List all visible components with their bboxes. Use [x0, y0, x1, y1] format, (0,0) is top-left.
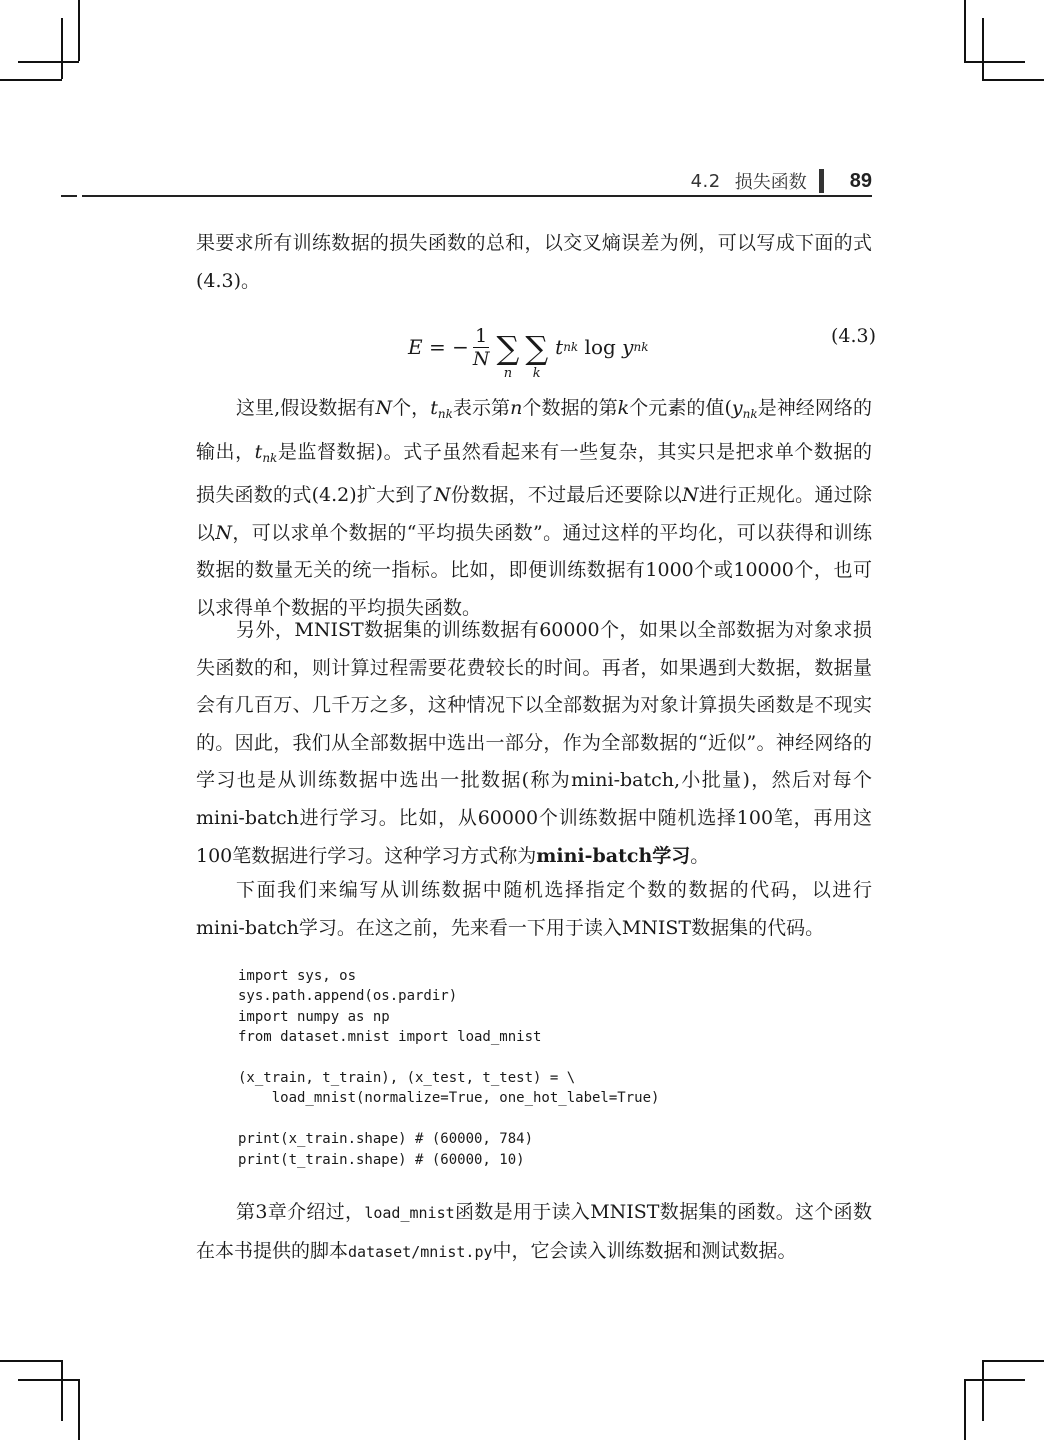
paragraph-code-intro: 下面我们来编写从训练数据中随机选择指定个数的数据的代码，以进行mini-batc…: [196, 872, 872, 947]
crop-mark-top-left-h2: [0, 79, 62, 81]
math-n: n: [510, 397, 522, 419]
eq-sum-n-limit: n: [504, 367, 512, 381]
eq-sum-n: ∑ n: [496, 331, 519, 381]
math-subscript-nk: nk: [262, 451, 277, 465]
text-run: 。: [690, 845, 709, 867]
crop-mark-top-left-v1: [78, 0, 80, 61]
text-run: 中，它会读入训练数据和测试数据。: [493, 1240, 797, 1262]
header-rule-stub: [61, 195, 77, 197]
text-run: 表示第: [453, 397, 510, 419]
section-number: 4.2: [691, 171, 721, 192]
paragraph-text: 另外，MNIST数据集的训练数据有60000个，如果以全部数据为对象求损失函数的…: [196, 612, 872, 875]
paragraph-text: 下面我们来编写从训练数据中随机选择指定个数的数据的代码，以进行mini-batc…: [196, 872, 872, 947]
crop-mark-top-right-v2: [982, 18, 984, 79]
math-N: N: [682, 484, 699, 506]
math-N: N: [434, 484, 451, 506]
crop-mark-bottom-left-v1: [61, 1360, 63, 1421]
crop-mark-bottom-left-v2: [78, 1379, 80, 1440]
crop-mark-bottom-left-h1: [0, 1360, 62, 1362]
text-run: 这里,假设数据有: [236, 397, 375, 419]
crop-mark-bottom-right-v1: [982, 1360, 984, 1421]
math-k: k: [618, 397, 630, 419]
math-N: N: [215, 522, 232, 544]
equation-body: E = − 1 N ∑ n ∑ k tnk log ynk: [408, 313, 648, 381]
text-run: 个，: [392, 397, 430, 419]
math-subscript-nk: nk: [743, 407, 758, 421]
paragraph-text: 第3章介绍过，load_mnist函数是用于读入MNIST数据集的函数。这个函数…: [196, 1194, 872, 1271]
text-run: ，可以求单个数据的“平均损失函数”。通过这样的平均化，可以获得和训练数据的数量无…: [196, 522, 872, 619]
crop-mark-top-right-h2: [982, 79, 1044, 81]
crop-mark-bottom-left-h2: [18, 1379, 79, 1381]
math-subscript-nk: nk: [438, 407, 453, 421]
text-run: 另外，MNIST数据集的训练数据有60000个，如果以全部数据为对象求损失函数的…: [196, 619, 872, 867]
math-N: N: [375, 397, 392, 419]
math-t: t: [430, 397, 438, 419]
eq-sum-k: ∑ k: [525, 331, 548, 381]
text-run: 份数据，不过最后还要除以: [451, 484, 682, 506]
crop-mark-top-right-v1: [964, 0, 966, 61]
paragraph-mini-batch: 另外，MNIST数据集的训练数据有60000个，如果以全部数据为对象求损失函数的…: [196, 612, 872, 875]
eq-t: t: [555, 335, 563, 359]
math-y: y: [732, 397, 743, 419]
crop-mark-bottom-right-v2: [964, 1379, 966, 1440]
inline-code-load-mnist: load_mnist: [364, 1204, 454, 1222]
eq-y: y: [622, 335, 633, 359]
crop-mark-bottom-right-h1: [982, 1360, 1044, 1362]
eq-sum-k-limit: k: [533, 367, 541, 381]
eq-fraction: 1 N: [473, 325, 490, 370]
text-run: 个数据的第: [522, 397, 617, 419]
paragraph-text: 这里,假设数据有N个，tnk表示第n个数据的第k个元素的值(ynk是神经网络的输…: [196, 390, 872, 628]
text-run: 个元素的值(: [629, 397, 732, 419]
header-bar-divider: [819, 169, 824, 193]
page-number: 89: [850, 170, 872, 193]
crop-mark-top-left-h1: [18, 61, 79, 63]
sigma-icon: ∑: [496, 331, 519, 365]
text-run: 第3章介绍过，: [236, 1201, 364, 1223]
inline-code-file-path: dataset/mnist.py: [348, 1243, 493, 1261]
eq-equals-minus: = −: [423, 335, 469, 359]
crop-mark-bottom-right-h2: [964, 1379, 1025, 1381]
eq-t-subscript: nk: [563, 340, 578, 354]
running-head: 4.2 损失函数 89: [691, 166, 872, 196]
crop-mark-top-right-h1: [964, 61, 1025, 63]
eq-y-subscript: nk: [633, 340, 648, 354]
sigma-icon: ∑: [525, 331, 548, 365]
paragraph-intro: 果要求所有训练数据的损失函数的总和，以交叉熵误差为例，可以写成下面的式(4.3)…: [196, 225, 872, 300]
header-rule: [82, 195, 872, 197]
equation-number: (4.3): [831, 325, 876, 347]
crop-mark-top-left-v2: [61, 18, 63, 79]
paragraph-explanation: 这里,假设数据有N个，tnk表示第n个数据的第k个元素的值(ynk是神经网络的输…: [196, 390, 872, 628]
paragraph-text: 果要求所有训练数据的损失函数的总和，以交叉熵误差为例，可以写成下面的式(4.3)…: [196, 225, 872, 300]
eq-frac-numerator: 1: [473, 325, 489, 348]
term-mini-batch-learning: mini-batch学习: [536, 845, 690, 867]
equation-4-3: E = − 1 N ∑ n ∑ k tnk log ynk (4.3): [196, 305, 876, 380]
eq-frac-denominator: N: [473, 348, 490, 370]
eq-lhs: E: [408, 335, 423, 359]
eq-log: log: [578, 335, 622, 359]
paragraph-load-mnist: 第3章介绍过，load_mnist函数是用于读入MNIST数据集的函数。这个函数…: [196, 1194, 872, 1271]
section-title: 损失函数: [735, 168, 807, 194]
code-block: import sys, os sys.path.append(os.pardir…: [238, 966, 659, 1170]
